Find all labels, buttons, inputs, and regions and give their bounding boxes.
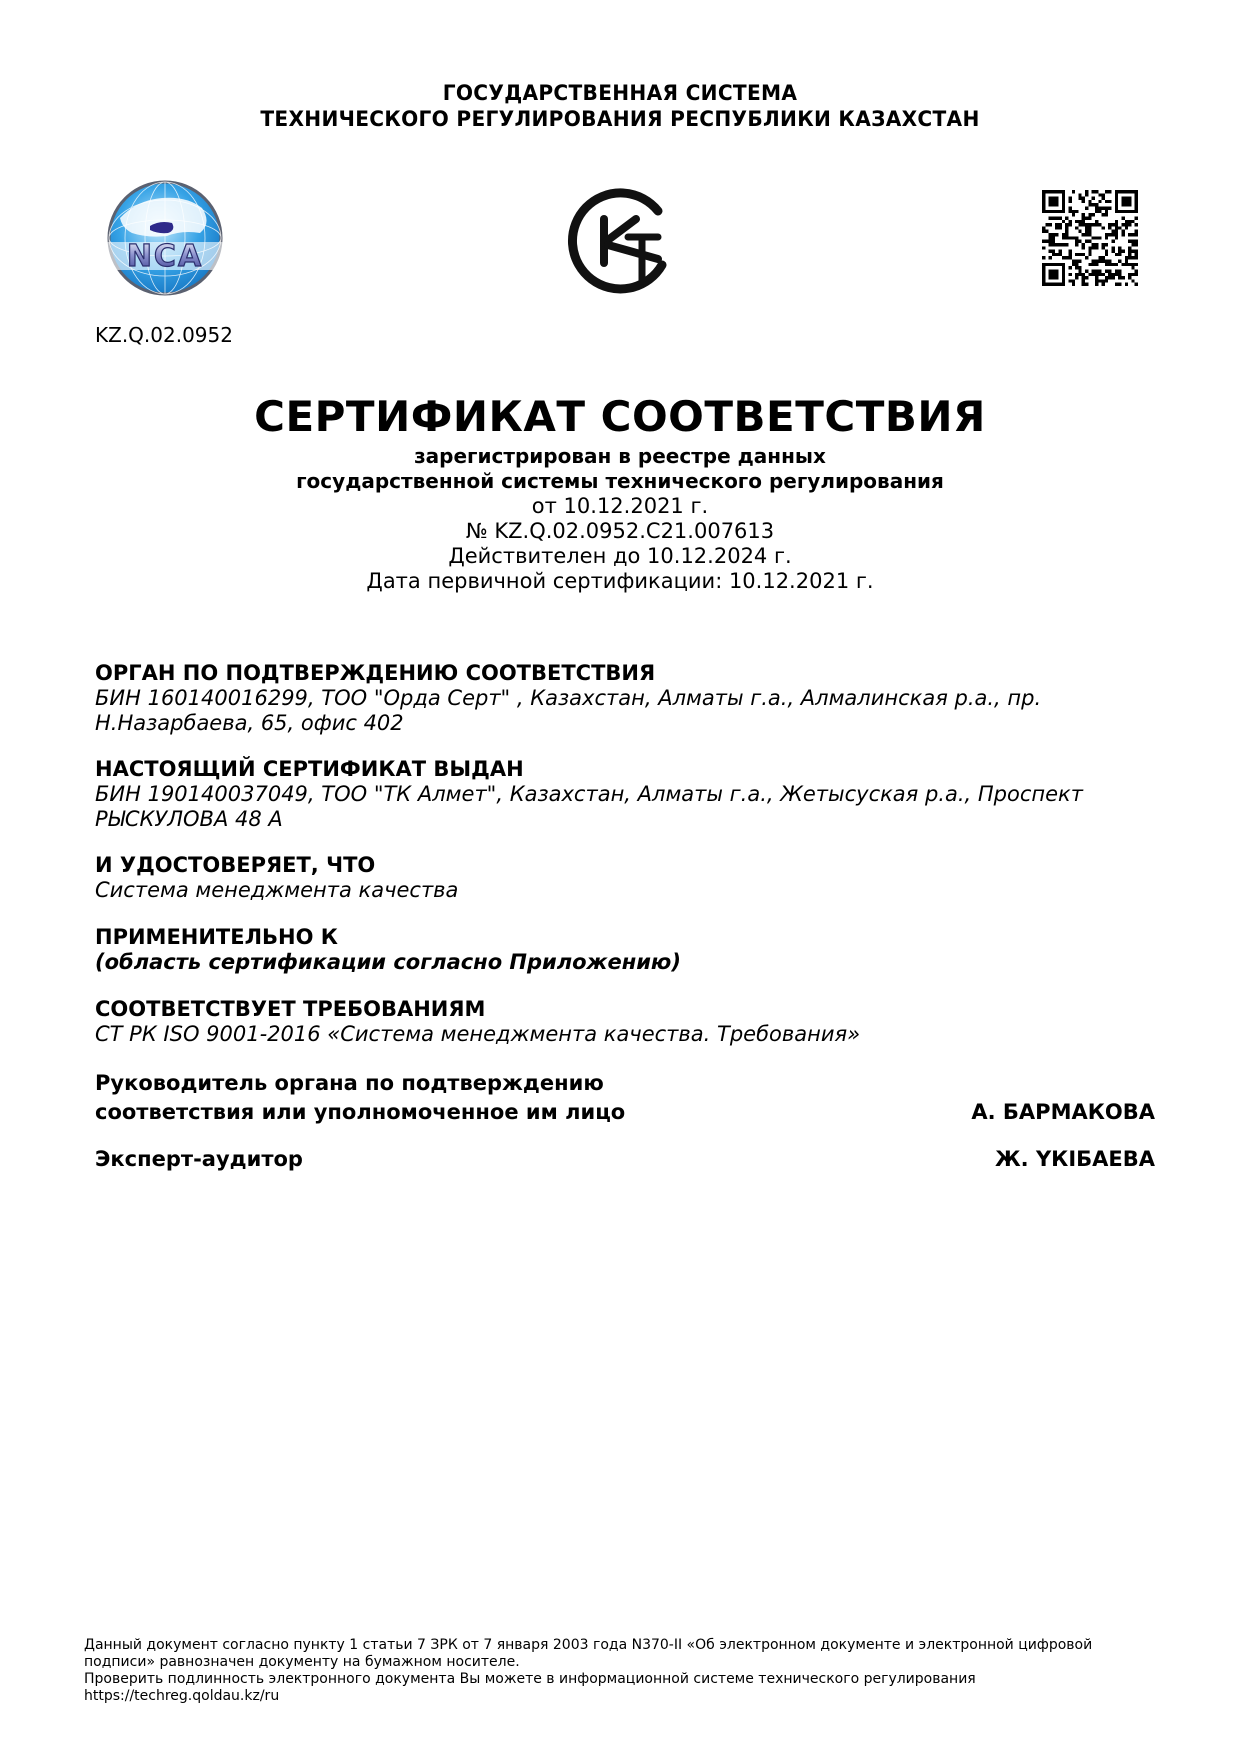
section-certifies-that: И УДОСТОВЕРЯЕТ, ЧТО Система менеджмента …	[95, 853, 1155, 903]
subtitle-line-1: зарегистрирован в реестре данных	[0, 444, 1240, 469]
initial-certification-date: Дата первичной сертификации: 10.12.2021 …	[0, 569, 1240, 594]
certificate-subtitle: зарегистрирован в реестре данных государ…	[0, 444, 1240, 494]
header-line-2: ТЕХНИЧЕСКОГО РЕГУЛИРОВАНИЯ РЕСПУБЛИКИ КА…	[25, 106, 1215, 132]
issue-date: от 10.12.2021 г.	[0, 494, 1240, 519]
qr-code-icon[interactable]	[1042, 190, 1138, 286]
nca-globe-logo-icon: NCA	[92, 178, 238, 298]
footer-line-1: Данный документ согласно пункту 1 статьи…	[84, 1637, 1164, 1654]
section-body-line-1: СТ РК ISO 9001-2016 «Система менеджмента…	[95, 1022, 1155, 1047]
signature-role-line-1: Руководитель органа по подтверждению	[95, 1069, 625, 1098]
subtitle-line-2: государственной системы технического рег…	[0, 469, 1240, 494]
legal-footer: Данный документ согласно пункту 1 статьи…	[84, 1637, 1164, 1705]
document-header: ГОСУДАРСТВЕННАЯ СИСТЕМА ТЕХНИЧЕСКОГО РЕГ…	[25, 80, 1215, 132]
kt-conformity-mark-icon	[566, 187, 676, 297]
section-body-line-1: БИН 190140037049, ТОО "ТК Алмет", Казахс…	[95, 782, 1155, 807]
footer-line-3: Проверить подлинность электронного докум…	[84, 1671, 1164, 1688]
signature-role: Эксперт-аудитор	[95, 1145, 303, 1174]
footer-line-2: подписи» равнозначен документу на бумажн…	[84, 1654, 1164, 1671]
signature-name: Ж. ҮКІБАЕВА	[995, 1145, 1155, 1174]
section-body-line-1: Система менеджмента качества	[95, 878, 1155, 903]
certificate-number: № KZ.Q.02.0952.C21.007613	[0, 519, 1240, 544]
signature-auditor: Эксперт-аудитор Ж. ҮКІБАЕВА	[95, 1145, 1155, 1174]
section-body-line-2: Н.Назарбаева, 65, офис 402	[95, 711, 1155, 736]
section-body-line-1: (область сертификации согласно Приложени…	[95, 950, 1155, 975]
certificate-meta: от 10.12.2021 г. № KZ.Q.02.0952.C21.0076…	[0, 494, 1240, 594]
section-body-line-1: БИН 160140016299, ТОО "Орда Серт" , Каза…	[95, 686, 1155, 711]
header-line-1: ГОСУДАРСТВЕННАЯ СИСТЕМА	[25, 80, 1215, 106]
valid-until: Действителен до 10.12.2024 г.	[0, 544, 1240, 569]
svg-text:NCA: NCA	[127, 239, 203, 274]
signature-role-line-2: соответствия или уполномоченное им лицо	[95, 1098, 625, 1127]
verification-link[interactable]: https://techreg.qoldau.kz/ru	[84, 1688, 1164, 1705]
section-heading: И УДОСТОВЕРЯЕТ, ЧТО	[95, 853, 1155, 878]
certificate-title: СЕРТИФИКАТ СООТВЕТСТВИЯ	[0, 392, 1240, 442]
section-body-line-2: РЫСКУЛОВА 48 А	[95, 807, 1155, 832]
section-heading: НАСТОЯЩИЙ СЕРТИФИКАТ ВЫДАН	[95, 757, 1155, 782]
section-heading: ПРИМЕНИТЕЛЬНО К	[95, 925, 1155, 950]
registry-code: KZ.Q.02.0952	[95, 323, 233, 347]
section-applicable-to: ПРИМЕНИТЕЛЬНО К (область сертификации со…	[95, 925, 1155, 975]
section-certification-body: ОРГАН ПО ПОДТВЕРЖДЕНИЮ СООТВЕТСТВИЯ БИН …	[95, 661, 1155, 736]
section-requirements: СООТВЕТСТВУЕТ ТРЕБОВАНИЯМ СТ РК ISO 9001…	[95, 997, 1155, 1047]
signature-head: Руководитель органа по подтверждению соо…	[95, 1069, 1155, 1127]
section-heading: ОРГАН ПО ПОДТВЕРЖДЕНИЮ СООТВЕТСТВИЯ	[95, 661, 1155, 686]
signature-role: Руководитель органа по подтверждению соо…	[95, 1069, 625, 1127]
section-heading: СООТВЕТСТВУЕТ ТРЕБОВАНИЯМ	[95, 997, 1155, 1022]
signature-name: А. БАРМАКОВА	[971, 1098, 1155, 1127]
section-issued-to: НАСТОЯЩИЙ СЕРТИФИКАТ ВЫДАН БИН 190140037…	[95, 757, 1155, 832]
